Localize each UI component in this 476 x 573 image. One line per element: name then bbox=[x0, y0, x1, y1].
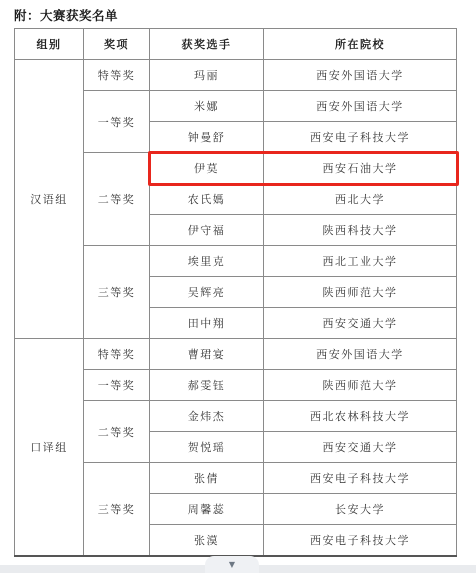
school-cell: 西安外国语大学 bbox=[264, 60, 457, 91]
winner-name-cell: 伊守福 bbox=[150, 215, 264, 246]
school-cell: 西北工业大学 bbox=[264, 246, 457, 277]
header-cell-0: 组别 bbox=[15, 29, 84, 60]
table-row: 汉语组特等奖玛丽西安外国语大学 bbox=[15, 60, 457, 91]
school-cell: 长安大学 bbox=[264, 494, 457, 525]
school-cell: 西安交通大学 bbox=[264, 432, 457, 463]
school-cell: 西北大学 bbox=[264, 184, 457, 215]
winner-name-cell: 周馨蕊 bbox=[150, 494, 264, 525]
group-cell: 口译组 bbox=[15, 339, 84, 556]
winner-name-cell: 玛丽 bbox=[150, 60, 264, 91]
group-cell: 汉语组 bbox=[15, 60, 84, 339]
winner-name-cell: 张倩 bbox=[150, 463, 264, 494]
winner-name-cell: 米娜 bbox=[150, 91, 264, 122]
table-row: 口译组特等奖曹珺宴西安外国语大学 bbox=[15, 339, 457, 370]
school-cell: 西安电子科技大学 bbox=[264, 463, 457, 494]
school-cell: 陕西科技大学 bbox=[264, 215, 457, 246]
header-cell-3: 所在院校 bbox=[264, 29, 457, 60]
winner-name-cell: 钟曼舒 bbox=[150, 122, 264, 153]
award-cell: 二等奖 bbox=[84, 401, 150, 463]
award-cell: 三等奖 bbox=[84, 463, 150, 556]
chevron-down-icon: ▼ bbox=[205, 556, 259, 573]
header-cell-2: 获奖选手 bbox=[150, 29, 264, 60]
award-cell: 特等奖 bbox=[84, 339, 150, 370]
school-cell: 西安电子科技大学 bbox=[264, 122, 457, 153]
award-table-container: 组别奖项获奖选手所在院校汉语组特等奖玛丽西安外国语大学一等奖米娜西安外国语大学钟… bbox=[14, 28, 458, 557]
winner-name-cell: 吴辉亮 bbox=[150, 277, 264, 308]
winner-name-cell: 贺悦瑶 bbox=[150, 432, 264, 463]
winner-name-cell: 伊莫 bbox=[150, 153, 264, 184]
winner-name-cell: 农氏媽 bbox=[150, 184, 264, 215]
school-cell: 陕西师范大学 bbox=[264, 277, 457, 308]
school-cell: 陕西师范大学 bbox=[264, 370, 457, 401]
school-cell: 西安石油大学 bbox=[264, 153, 457, 184]
winner-name-cell: 金炜杰 bbox=[150, 401, 264, 432]
award-cell: 三等奖 bbox=[84, 246, 150, 339]
school-cell: 西安外国语大学 bbox=[264, 339, 457, 370]
scroll-down-tab[interactable]: ▼ bbox=[205, 556, 259, 573]
winner-name-cell: 张漠 bbox=[150, 525, 264, 556]
school-cell: 西安电子科技大学 bbox=[264, 525, 457, 556]
winner-name-cell: 田中翔 bbox=[150, 308, 264, 339]
award-cell: 二等奖 bbox=[84, 153, 150, 246]
award-cell: 特等奖 bbox=[84, 60, 150, 91]
school-cell: 西北农林科技大学 bbox=[264, 401, 457, 432]
winner-name-cell: 郝雯钰 bbox=[150, 370, 264, 401]
page-title: 附：大赛获奖名单 bbox=[14, 6, 118, 24]
award-table: 组别奖项获奖选手所在院校汉语组特等奖玛丽西安外国语大学一等奖米娜西安外国语大学钟… bbox=[14, 28, 457, 557]
school-cell: 西安交通大学 bbox=[264, 308, 457, 339]
school-cell: 西安外国语大学 bbox=[264, 91, 457, 122]
award-cell: 一等奖 bbox=[84, 91, 150, 153]
award-cell: 一等奖 bbox=[84, 370, 150, 401]
winner-name-cell: 曹珺宴 bbox=[150, 339, 264, 370]
document-page: 附：大赛获奖名单 组别奖项获奖选手所在院校汉语组特等奖玛丽西安外国语大学一等奖米… bbox=[0, 0, 476, 573]
winner-name-cell: 埃里克 bbox=[150, 246, 264, 277]
header-cell-1: 奖项 bbox=[84, 29, 150, 60]
